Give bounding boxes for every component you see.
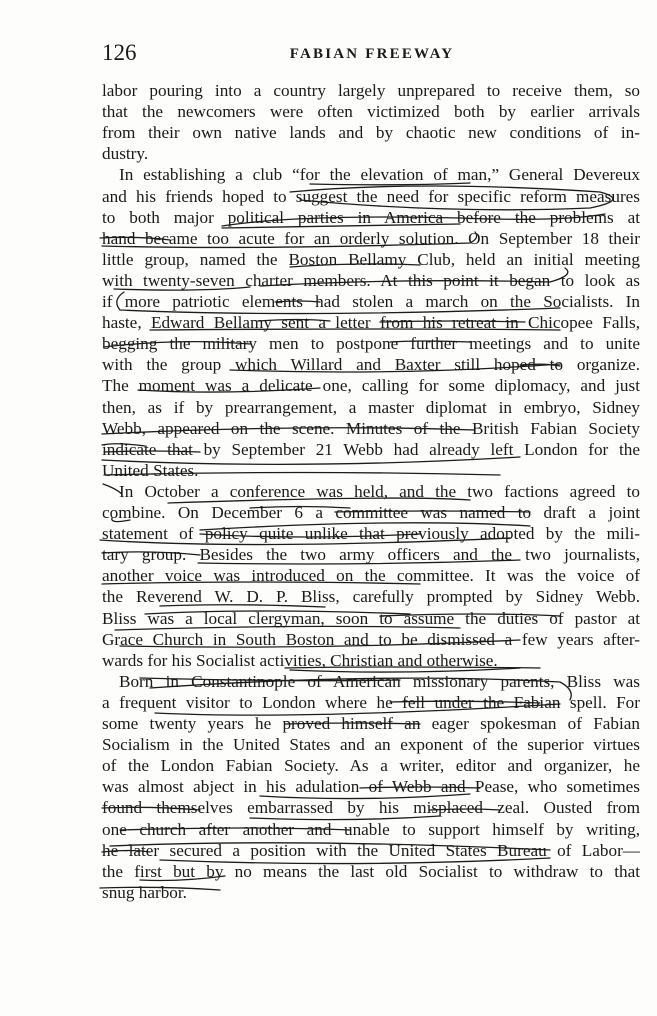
text-line: haste, Edward Bellamy sent a letter from… <box>102 312 640 333</box>
text-line: was almost abject in his adulation of We… <box>102 776 640 797</box>
text-line: the Reverend W. D. P. Bliss, carefully p… <box>102 586 640 607</box>
book-page: 126 FABIAN FREEWAY labor pouring into a … <box>0 0 657 1016</box>
text-line: statement of policy quite unlike that pr… <box>102 523 640 544</box>
text-line: another voice was introduced on the comm… <box>102 565 640 586</box>
text-line: one church after another and unable to s… <box>102 819 640 840</box>
text-line: Grace Church in South Boston and to be d… <box>102 629 640 650</box>
text-line: hand became too acute for an orderly sol… <box>102 228 640 249</box>
text-line: In establishing a club “for the elevatio… <box>102 164 640 185</box>
text-line: United States. <box>102 460 640 481</box>
text-line: dustry. <box>102 143 640 164</box>
text-line: snug harbor. <box>102 882 640 903</box>
text-line: indicate that by September 21 Webb had a… <box>102 439 640 460</box>
text-line: the first but by no means the last old S… <box>102 861 640 882</box>
text-line: Born in Constantinople of American missi… <box>102 671 640 692</box>
text-line: a frequent visitor to London where he fe… <box>102 692 640 713</box>
text-line: found themselves embarrassed by his misp… <box>102 797 640 818</box>
text-line: that the newcomers were often victimized… <box>102 101 640 122</box>
text-line: Webb, appeared on the scene. Minutes of … <box>102 418 640 439</box>
text-line: of the London Fabian Society. As a write… <box>102 755 640 776</box>
text-line: little group, named the Boston Bellamy C… <box>102 249 640 270</box>
text-line: begging the military men to postpone fur… <box>102 333 640 354</box>
text-line: some twenty years he proved himself an e… <box>102 713 640 734</box>
text-line: from their own native lands and by chaot… <box>102 122 640 143</box>
text-line: labor pouring into a country largely unp… <box>102 80 640 101</box>
text-line: to both major political parties in Ameri… <box>102 207 640 228</box>
text-line: wards for his Socialist activities, Chri… <box>102 650 640 671</box>
text-line: In October a conference was held, and th… <box>102 481 640 502</box>
text-line: if more patriotic elements had stolen a … <box>102 291 640 312</box>
text-line: he later secured a position with the Uni… <box>102 840 640 861</box>
text-line: The moment was a delicate one, calling f… <box>102 375 640 396</box>
page-header: 126 FABIAN FREEWAY <box>102 38 642 68</box>
text-line: combine. On December 6 a committee was n… <box>102 502 640 523</box>
text-line: and his friends hoped to suggest the nee… <box>102 186 640 207</box>
text-line: tary group. Besides the two army officer… <box>102 544 640 565</box>
text-line: then, as if by prearrangement, a master … <box>102 397 640 418</box>
text-line: with twenty-seven charter members. At th… <box>102 270 640 291</box>
running-head: FABIAN FREEWAY <box>102 42 642 66</box>
text-line: with the group which Willard and Baxter … <box>102 354 640 375</box>
text-line: Socialism in the United States and an ex… <box>102 734 640 755</box>
text-line: Bliss was a local clergyman, soon to ass… <box>102 608 640 629</box>
